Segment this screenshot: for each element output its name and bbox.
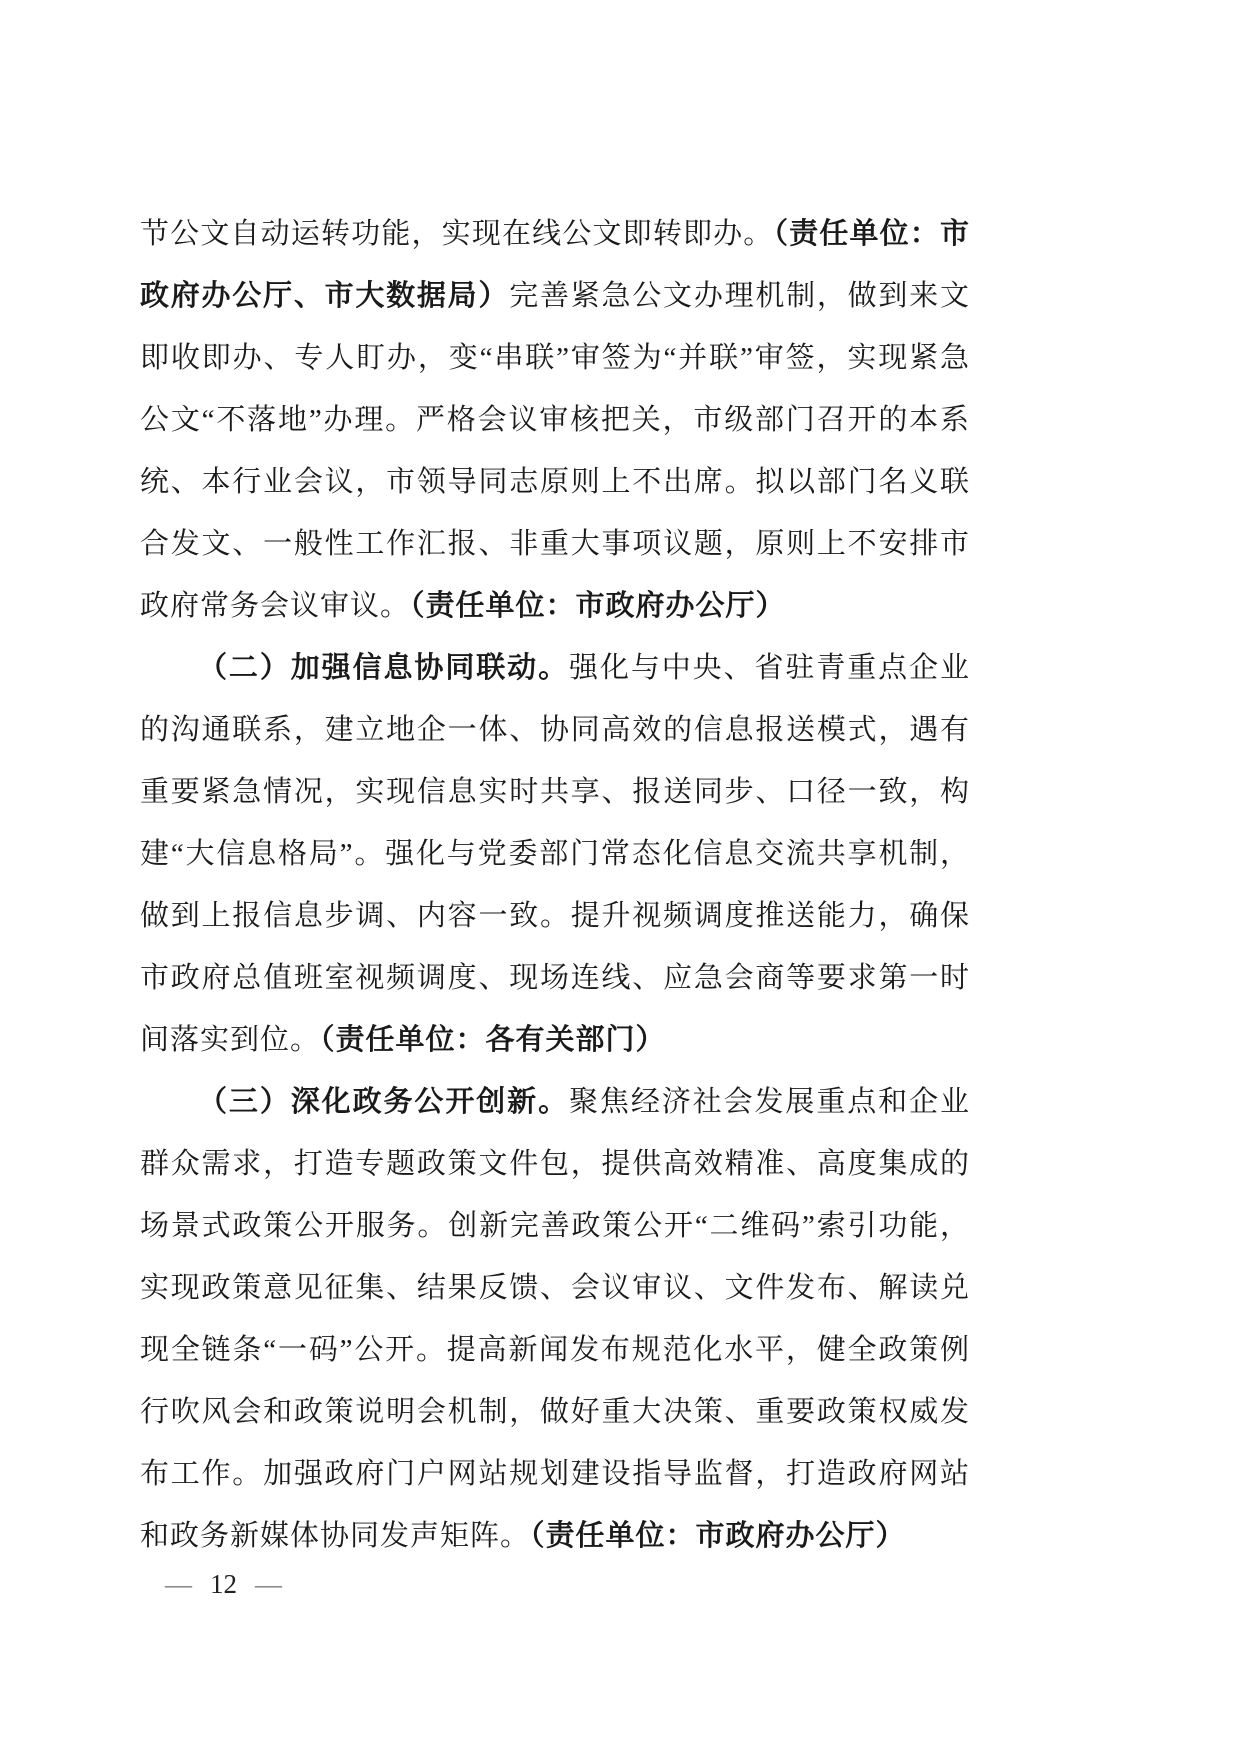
text-run: 完善紧急公文办理机制，做到来文即收即办、专人盯办，变“串联”审签为“并联”审签，… (140, 280, 970, 622)
page-footer: —12— (163, 1569, 284, 1600)
document-page: 节公文自动运转功能，实现在线公文即转即办。（责任单位：市政府办公厅、市大数据局）… (0, 0, 1240, 1748)
footer-dash-left: — (163, 1569, 194, 1599)
responsibility-unit-annotation: （责任单位：市政府办公厅） (410, 590, 786, 622)
section-heading: （二）加强信息协同联动。 (198, 652, 569, 684)
section-heading: （三）深化政务公开创新。 (198, 1086, 569, 1118)
paragraph-continuation: 节公文自动运转功能，实现在线公文即转即办。（责任单位：市政府办公厅、市大数据局）… (140, 203, 970, 637)
responsibility-unit-annotation: （责任单位：各有关部门） (320, 1024, 666, 1056)
text-run: 强化与中央、省驻青重点企业的沟通联系，建立地企一体、协同高效的信息报送模式，遇有… (140, 652, 970, 1056)
text-run: 节公文自动运转功能，实现在线公文即转即办。 (140, 218, 773, 250)
footer-dash-right: — (253, 1569, 284, 1599)
text-run: 聚焦经济社会发展重点和企业群众需求，打造专题政策文件包，提供高效精准、高度集成的… (140, 1086, 970, 1552)
paragraph-section-2: （二）加强信息协同联动。强化与中央、省驻青重点企业的沟通联系，建立地企一体、协同… (140, 637, 970, 1071)
page-number: 12 (194, 1569, 253, 1599)
responsibility-unit-annotation: （责任单位：市政府办公厅） (530, 1520, 906, 1552)
paragraph-section-3: （三）深化政务公开创新。聚焦经济社会发展重点和企业群众需求，打造专题政策文件包，… (140, 1071, 970, 1567)
document-body: 节公文自动运转功能，实现在线公文即转即办。（责任单位：市政府办公厅、市大数据局）… (140, 203, 970, 1567)
